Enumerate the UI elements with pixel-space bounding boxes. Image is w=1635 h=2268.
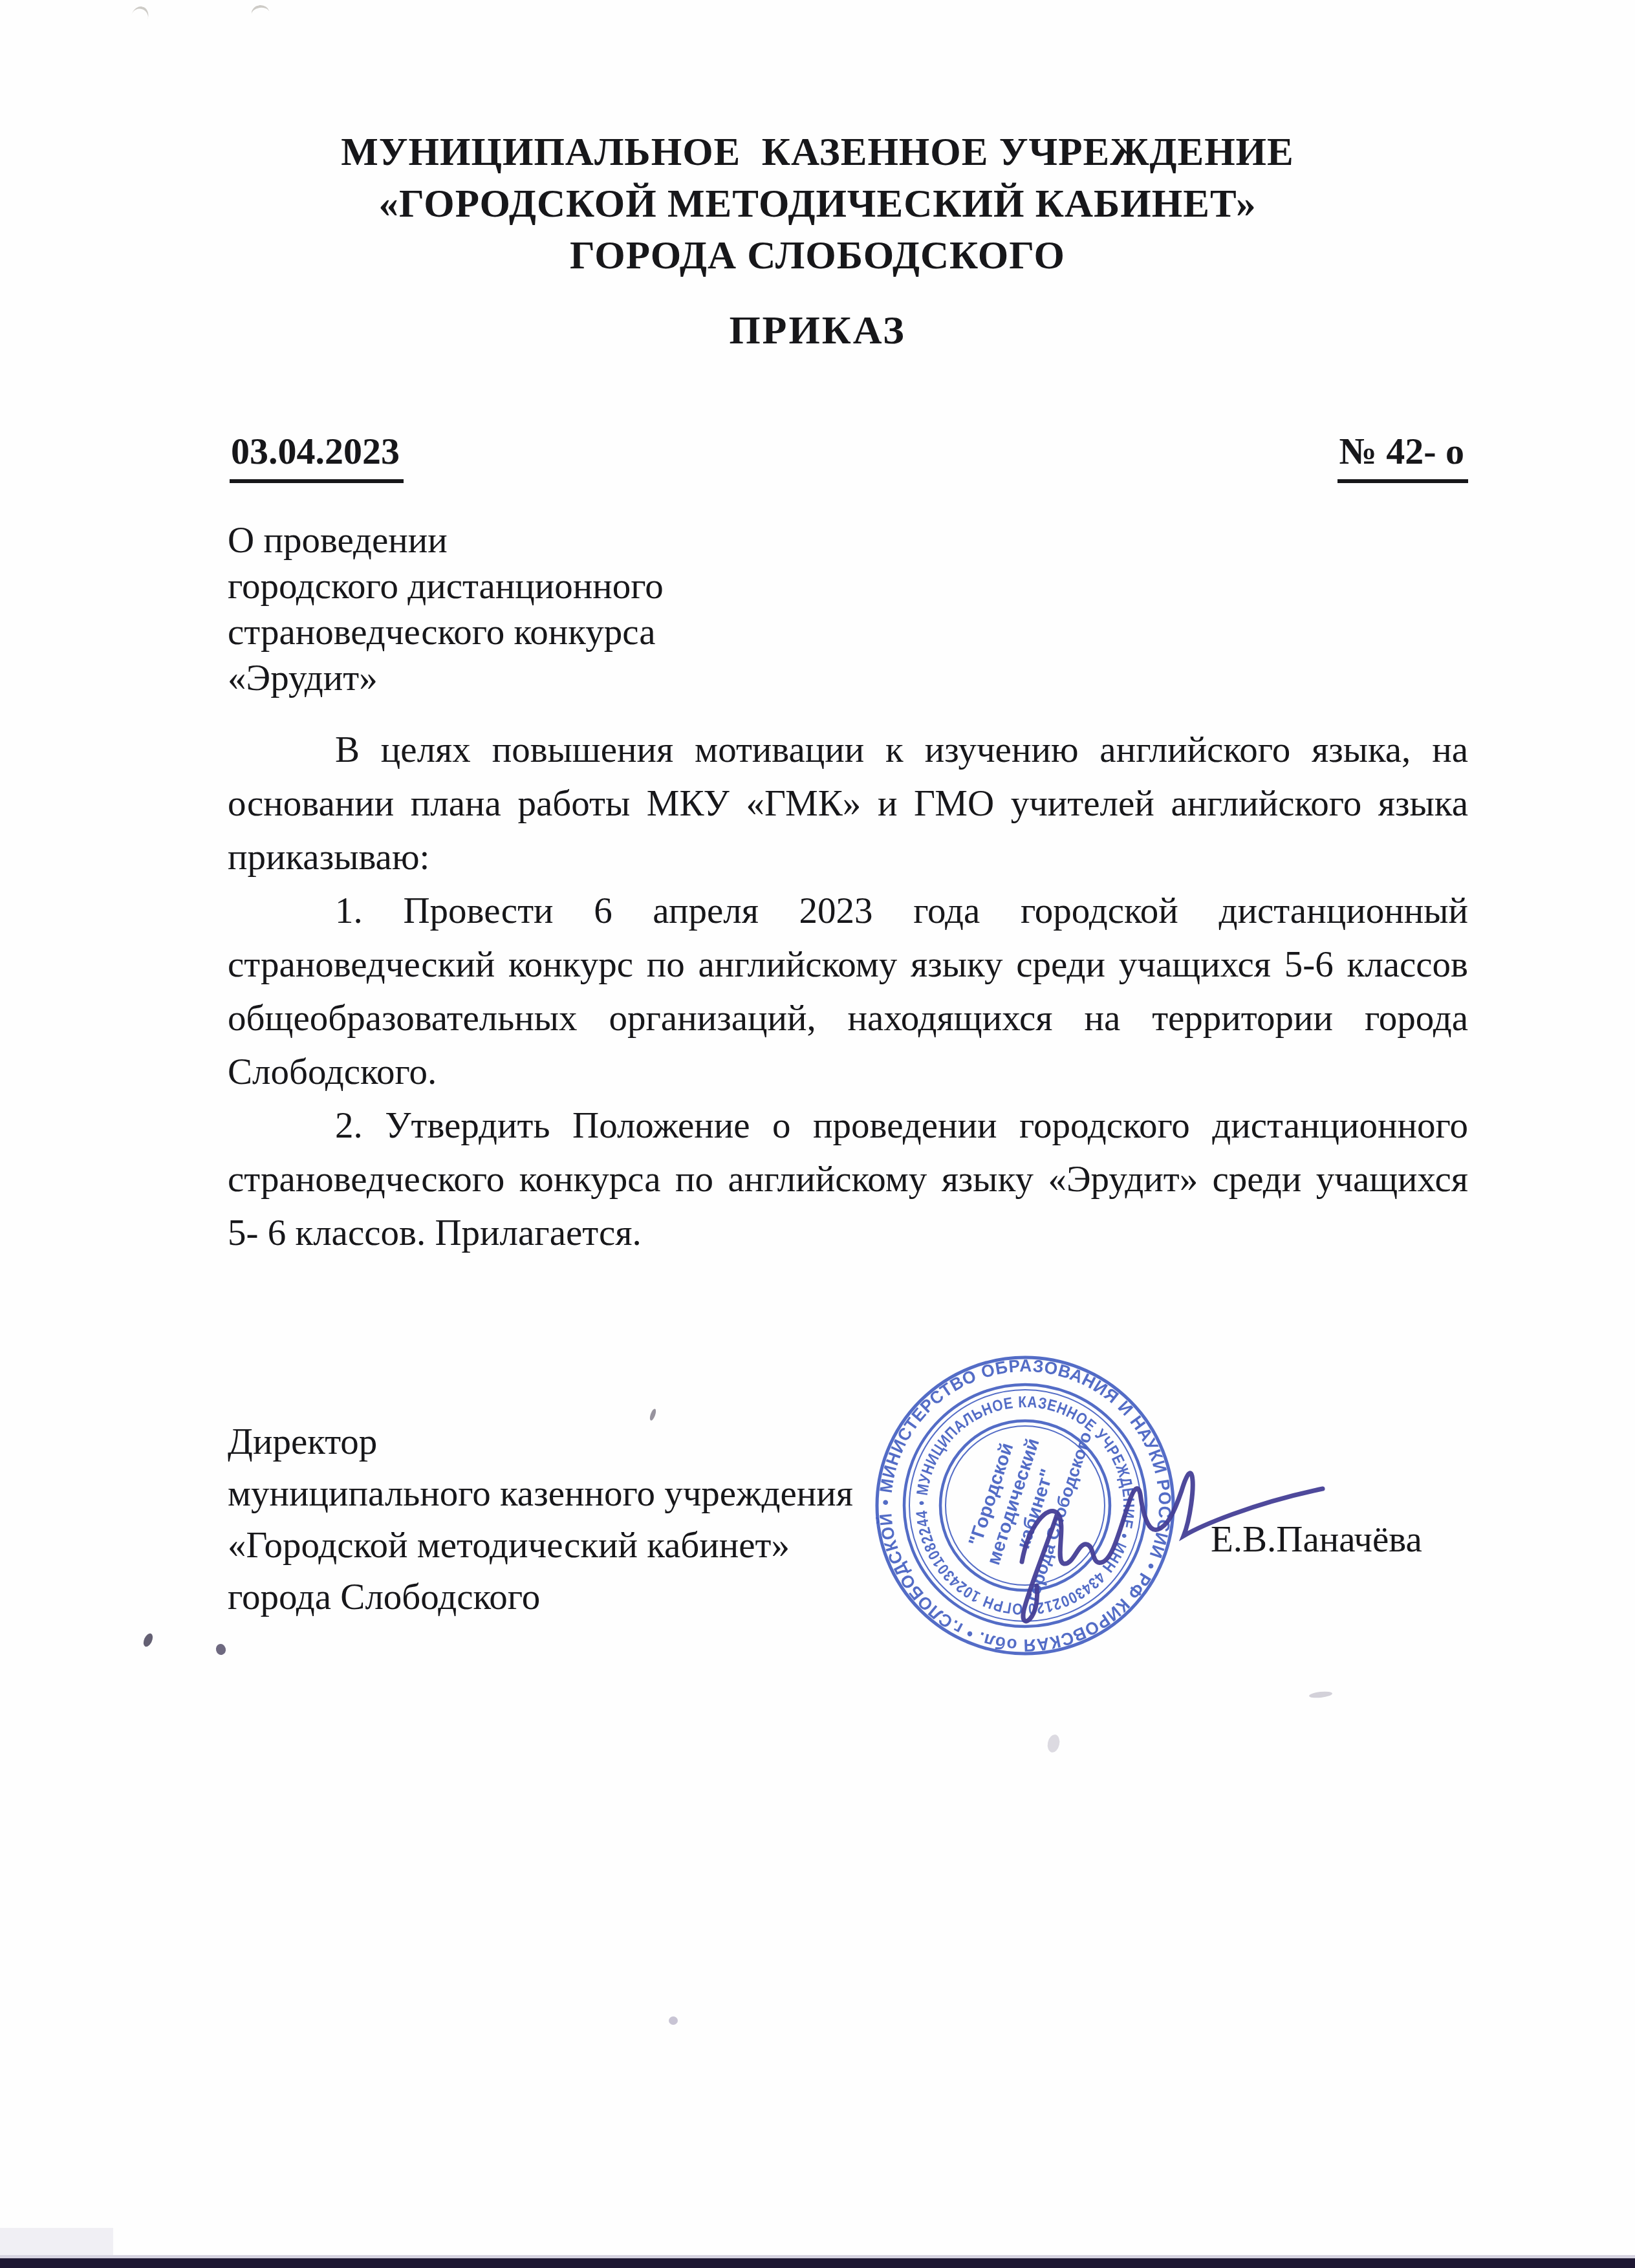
document-number: № 42- о: [1337, 429, 1468, 483]
signer-position-line: города Слободского: [228, 1571, 853, 1623]
scan-artifact: [1309, 1690, 1333, 1699]
body-line: основании плана работы МКУ «ГМК» и ГМО у…: [228, 777, 1468, 830]
subject-block: О проведении городского дистанционного с…: [228, 517, 664, 701]
org-name-line: МУНИЦИПАЛЬНОЕ КАЗЕННОЕ УЧРЕЖДЕНИЕ: [0, 127, 1635, 178]
stamp-graphic: • МИНИСТЕРСТВО ОБРАЗОВАНИЯ И НАУКИ РОССИ…: [863, 1339, 1361, 1688]
body-line: страноведческий конкурс по английскому я…: [228, 938, 1468, 991]
scan-artifact: [250, 4, 270, 17]
scan-artifact: [131, 4, 151, 21]
subject-line: О проведении: [228, 517, 664, 563]
org-name-line: «ГОРОДСКОЙ МЕТОДИЧЕСКИЙ КАБИНЕТ»: [0, 178, 1635, 230]
scan-edge: [0, 2258, 1635, 2268]
body-line: 2. Утвердить Положение о проведении горо…: [228, 1099, 1468, 1152]
body-line: В целях повышения мотивации к изучению а…: [228, 723, 1468, 777]
subject-line: городского дистанционного: [228, 563, 664, 609]
signer-position-line: Директор: [228, 1416, 853, 1468]
scan-edge: [0, 2228, 113, 2255]
signer-position-line: «Городской методический кабинет»: [228, 1520, 853, 1571]
org-name-line: ГОРОДА СЛОБОДСКОГО: [0, 230, 1635, 282]
scan-artifact: [215, 1643, 227, 1656]
subject-line: «Эрудит»: [228, 655, 664, 701]
body-line: 5- 6 классов. Прилагается.: [228, 1206, 1468, 1260]
official-stamp: • МИНИСТЕРСТВО ОБРАЗОВАНИЯ И НАУКИ РОССИ…: [863, 1339, 1361, 1688]
document-date: 03.04.2023: [230, 429, 404, 483]
meta-row: 03.04.2023 № 42- о: [230, 429, 1468, 483]
scan-artifact: [669, 2016, 678, 2025]
org-header: МУНИЦИПАЛЬНОЕ КАЗЕННОЕ УЧРЕЖДЕНИЕ «ГОРОД…: [0, 127, 1635, 282]
scan-artifact: [1046, 1733, 1061, 1753]
document-type-title: ПРИКАЗ: [0, 308, 1635, 354]
signer-position-block: Директор муниципального казенного учрежд…: [228, 1416, 853, 1623]
body-line: Слободского.: [228, 1045, 1468, 1099]
scan-artifact: [142, 1632, 155, 1648]
signer-position-line: муниципального казенного учреждения: [228, 1468, 853, 1520]
body-line: страноведческого конкурса по английскому…: [228, 1152, 1468, 1206]
document-page: МУНИЦИПАЛЬНОЕ КАЗЕННОЕ УЧРЕЖДЕНИЕ «ГОРОД…: [0, 0, 1635, 2268]
subject-line: страноведческого конкурса: [228, 609, 664, 655]
body-line: общеобразовательных организаций, находящ…: [228, 991, 1468, 1045]
body-line: приказываю:: [228, 830, 1468, 884]
order-body: В целях повышения мотивации к изучению а…: [228, 723, 1468, 1260]
body-line: 1. Провести 6 апреля 2023 года городской…: [228, 884, 1468, 938]
